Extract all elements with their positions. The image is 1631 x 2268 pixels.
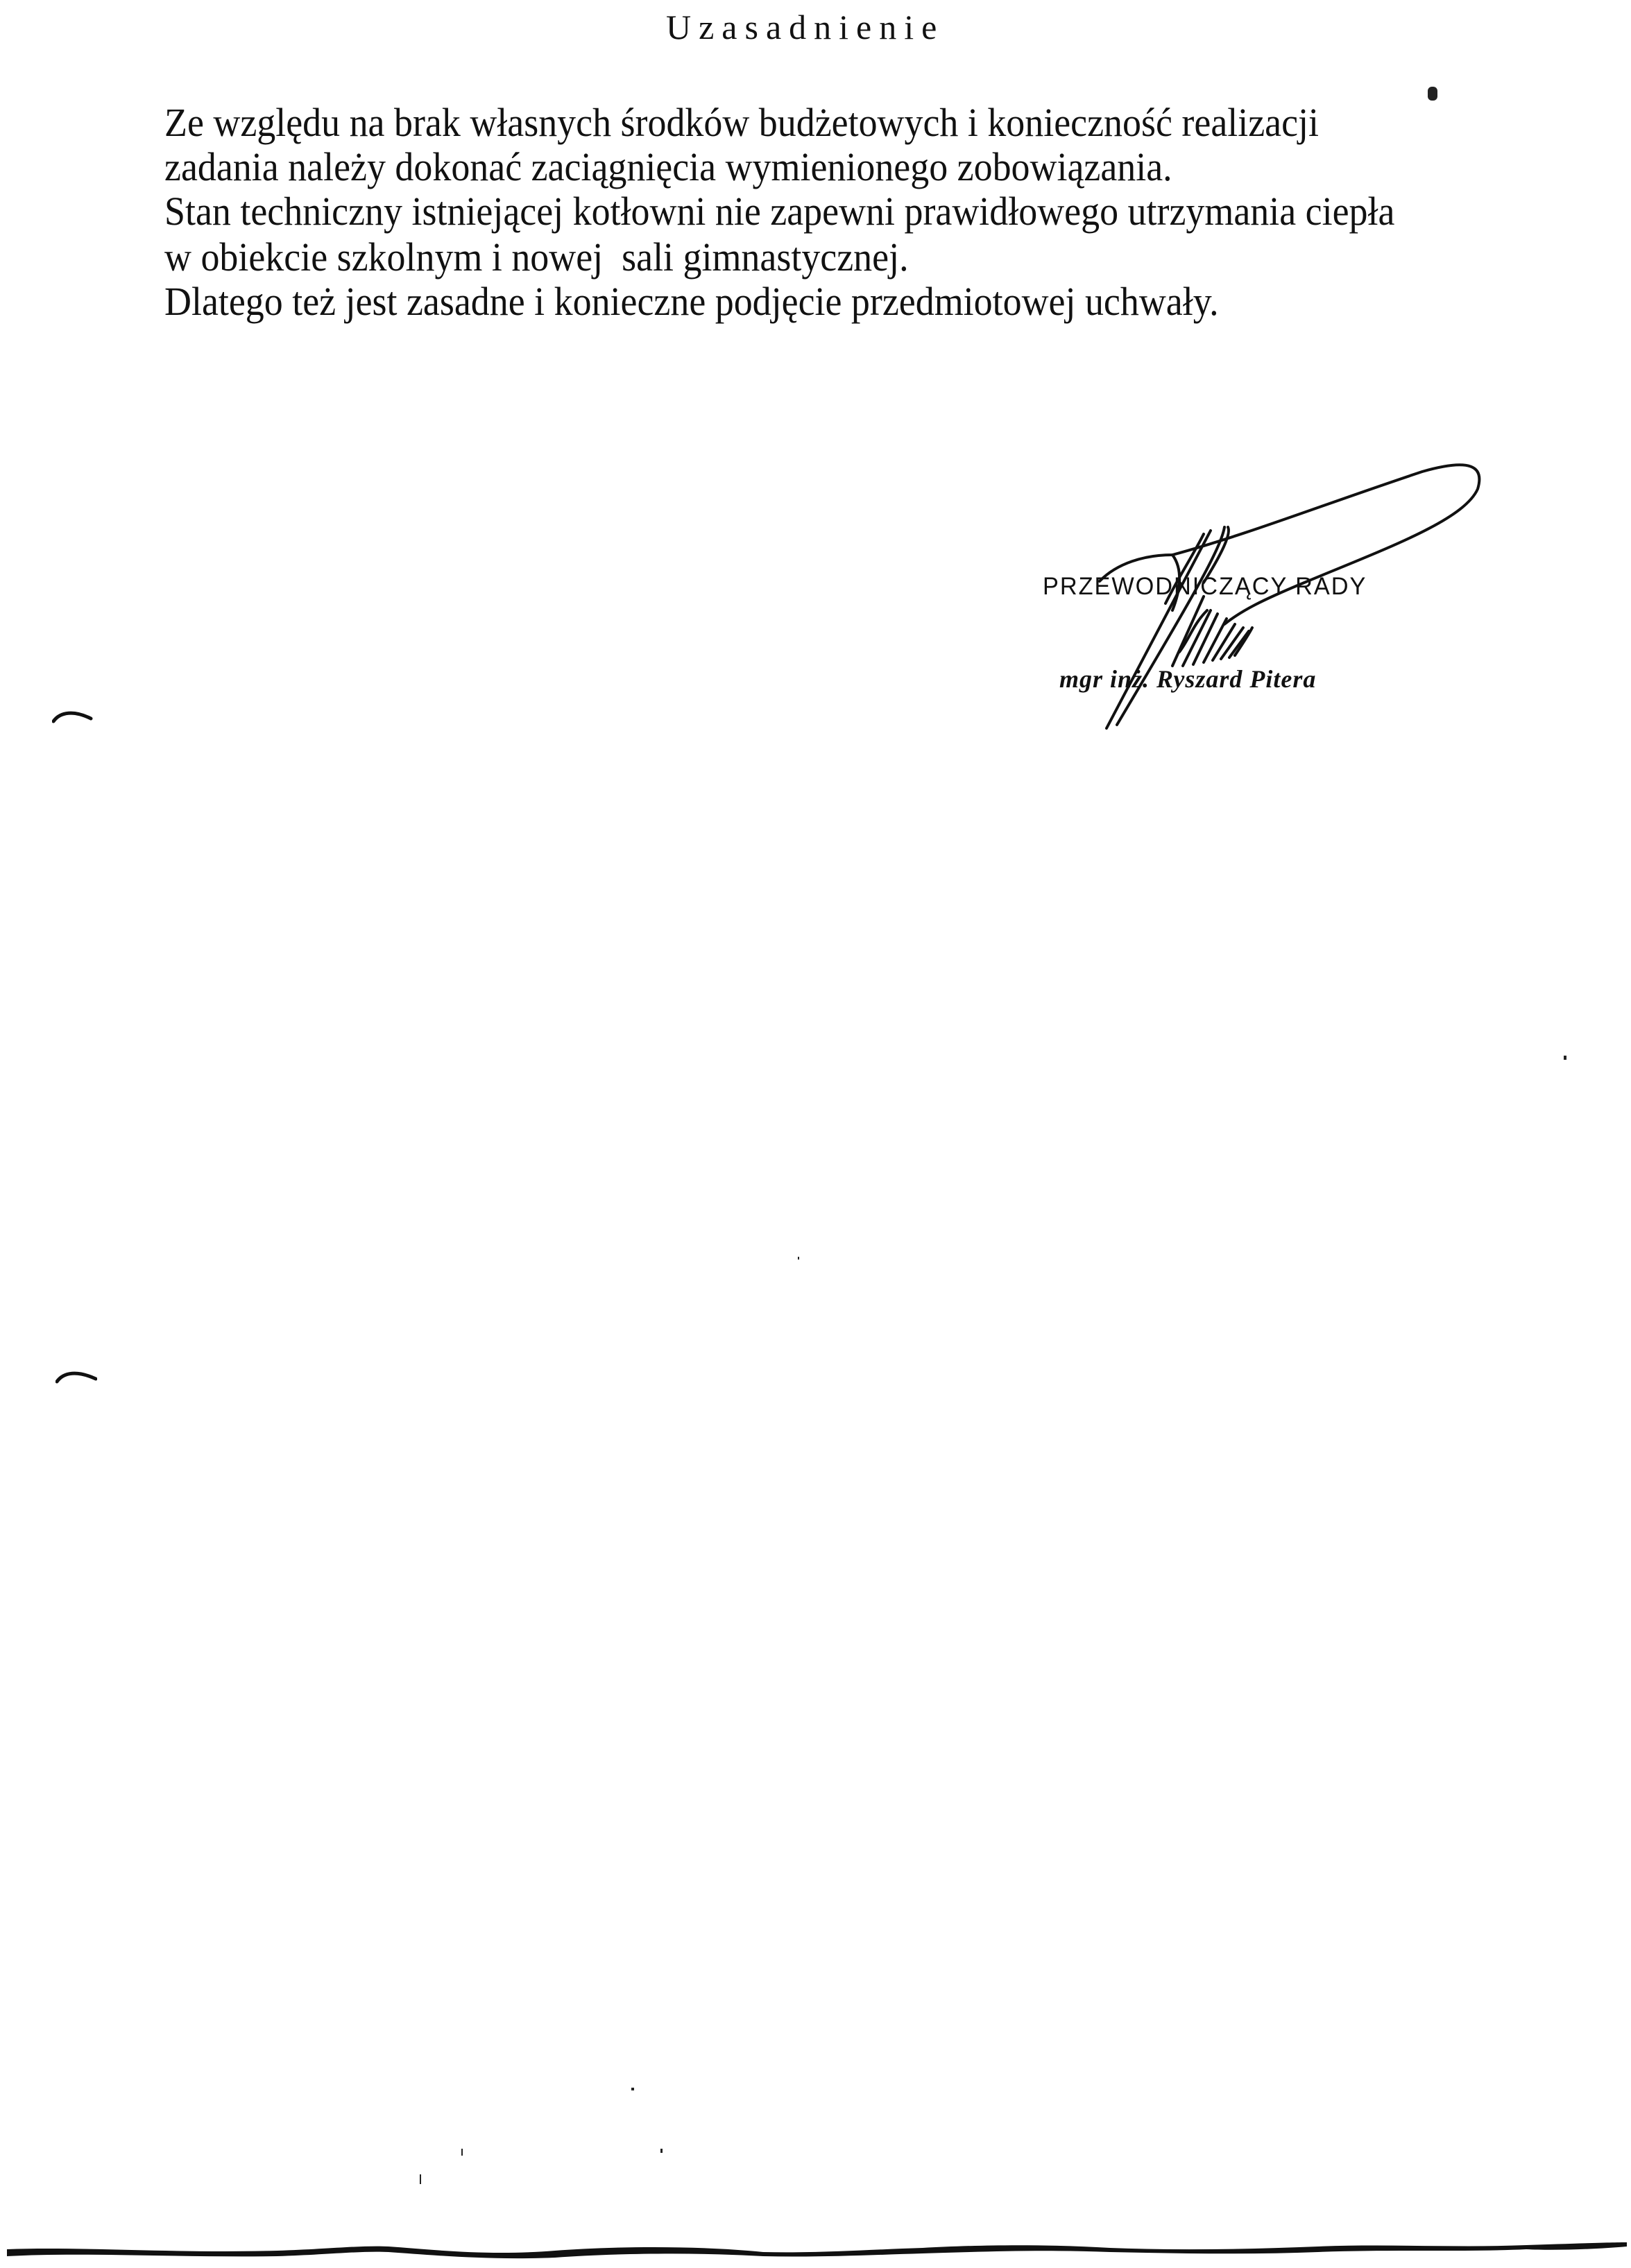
document-title: Uzasadnienie — [666, 7, 944, 47]
body-line: w obiekcie szkolnym i nowej sali gimnast… — [164, 237, 909, 277]
scan-speck — [461, 2149, 463, 2156]
body-line: Ze względu na brak własnych środków budż… — [164, 103, 1319, 143]
margin-mark-icon — [55, 1368, 97, 1384]
handwritten-signature-icon — [0, 0, 1631, 2268]
scan-speck — [1564, 1056, 1566, 1060]
margin-mark-icon — [52, 707, 94, 724]
signature-name: mgr inż. Ryszard Pitera — [1059, 664, 1316, 694]
scan-speck — [660, 2149, 663, 2153]
body-line: Stan techniczny istniejącej kotłowni nie… — [164, 191, 1394, 232]
body-line: zadania należy dokonać zaciągnięcia wymi… — [164, 147, 1172, 187]
scan-speck — [631, 2088, 634, 2090]
ink-blot — [1428, 87, 1437, 101]
scan-speck — [420, 2174, 421, 2184]
body-line: Dlatego też jest zasadne i konieczne pod… — [164, 282, 1219, 322]
bottom-rule — [0, 2237, 1631, 2265]
signature-role: PRZEWODNICZĄCY RADY — [1043, 573, 1367, 601]
scanned-document-page: Uzasadnienie Ze względu na brak własnych… — [0, 0, 1631, 2268]
scan-speck — [798, 1257, 799, 1260]
